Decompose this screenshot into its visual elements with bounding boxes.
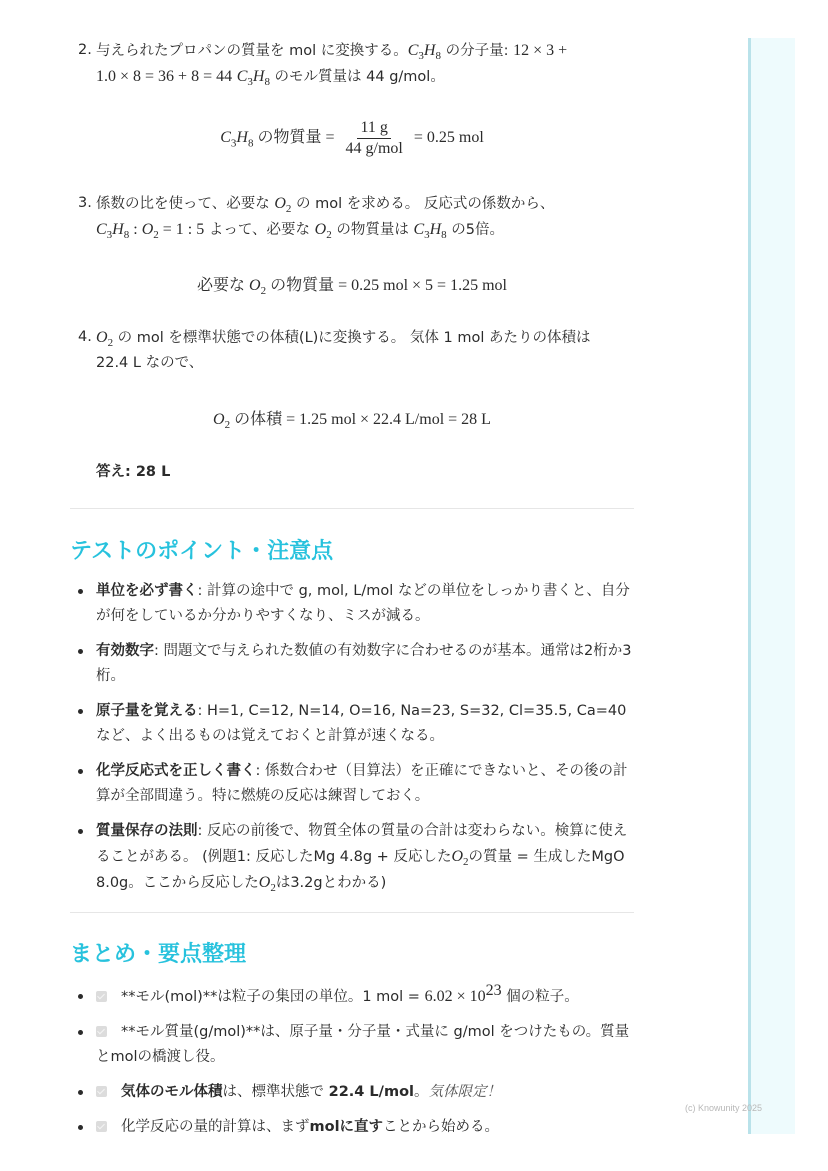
equation-moles-o2: 必要な O2 の物質量 = 0.25 mol × 5 = 1.25 mol: [70, 272, 634, 295]
summary-list: **モル(mol)**は粒子の集団の単位。1 mol = 6.02 × 1023…: [70, 984, 634, 1150]
list-item: **モル(mol)**は粒子の集団の単位。1 mol = 6.02 × 1023…: [70, 984, 634, 1010]
equation-moles-c3h8: C3H8 の物質量 = 11 g44 g/mol = 0.25 mol: [70, 118, 634, 159]
checkbox-icon[interactable]: [96, 1121, 107, 1132]
test-points-list: 単位を必ず書く: 計算の途中で g, mol, L/mol などの単位をしっかり…: [70, 579, 634, 906]
formula-c3h8: C3H8: [408, 42, 441, 59]
step-text: の mol を求める。 反応式の係数から、: [291, 196, 554, 212]
step-text: 係数の比を使って、必要な: [96, 196, 274, 212]
checkbox-icon[interactable]: [96, 991, 107, 1002]
step-text: のモル質量は 44 g/mol。: [270, 69, 445, 85]
list-item: 化学反応の量的計算は、まずmolに直すことから始める。: [70, 1115, 634, 1140]
step-text: よって、必要な: [204, 222, 314, 238]
formula-o2: O2: [274, 195, 291, 212]
side-panel: [748, 38, 795, 1134]
step-number: 2.: [78, 38, 92, 63]
step-text: の分子量:: [441, 43, 513, 59]
section-title-test-points: テストのポイント・注意点: [70, 534, 333, 565]
answer: 答え: 28 L: [70, 460, 170, 481]
step-number: 4.: [78, 325, 92, 350]
calc: 12 × 3 +: [513, 42, 567, 59]
list-item: 化学反応式を正しく書く: 係数合わせ（目算法）を正確にできないと、その後の計算が…: [70, 759, 634, 809]
step-2: 2. 与えられたプロパンの質量を mol に変換する。C3H8 の分子量: 12…: [70, 38, 660, 90]
step-text: の5倍。: [447, 222, 504, 238]
step-text: 与えられたプロパンの質量を mol に変換する。: [96, 43, 408, 59]
step-text: 22.4 L なので、: [96, 355, 203, 371]
list-item: 単位を必ず書く: 計算の途中で g, mol, L/mol などの単位をしっかり…: [70, 579, 634, 629]
formula-c3h8: C3H8: [237, 68, 270, 85]
section-title-summary: まとめ・要点整理: [70, 937, 246, 968]
divider: [70, 912, 634, 913]
ratio: C3H8 : O2 = 1 : 5: [96, 221, 204, 238]
step-3: 3. 係数の比を使って、必要な O2 の mol を求める。 反応式の係数から、…: [70, 191, 660, 243]
list-item: 気体のモル体積は、標準状態で 22.4 L/mol。気体限定！: [70, 1080, 634, 1105]
step-4: 4. O2 の mol を標準状態での体積(L)に変換する。 気体 1 mol …: [70, 325, 660, 376]
checkbox-icon[interactable]: [96, 1026, 107, 1037]
divider: [70, 508, 634, 509]
fraction: 11 g44 g/mol: [343, 118, 406, 159]
calc: 1.0 × 8 = 36 + 8 = 44: [96, 68, 232, 85]
step-text: の物質量は: [332, 222, 414, 238]
equation-volume-o2: O2 の体積 = 1.25 mol × 22.4 L/mol = 28 L: [70, 406, 634, 429]
list-item: 原子量を覚える: H=1, C=12, N=14, O=16, Na=23, S…: [70, 699, 634, 749]
step-number: 3.: [78, 191, 92, 216]
list-item: 有効数字: 問題文で与えられた数値の有効数字に合わせるのが基本。通常は2桁か3桁…: [70, 639, 634, 689]
watermark: (c) Knowunity 2025: [685, 1103, 762, 1113]
list-item: **モル質量(g/mol)**は、原子量・分子量・式量に g/mol をつけたも…: [70, 1020, 634, 1070]
checkbox-icon[interactable]: [96, 1086, 107, 1097]
step-text: の mol を標準状態での体積(L)に変換する。 気体 1 mol あたりの体積…: [113, 330, 590, 346]
list-item: 質量保存の法則: 反応の前後で、物質全体の質量の合計は変わらない。検算に使えるこ…: [70, 819, 634, 896]
